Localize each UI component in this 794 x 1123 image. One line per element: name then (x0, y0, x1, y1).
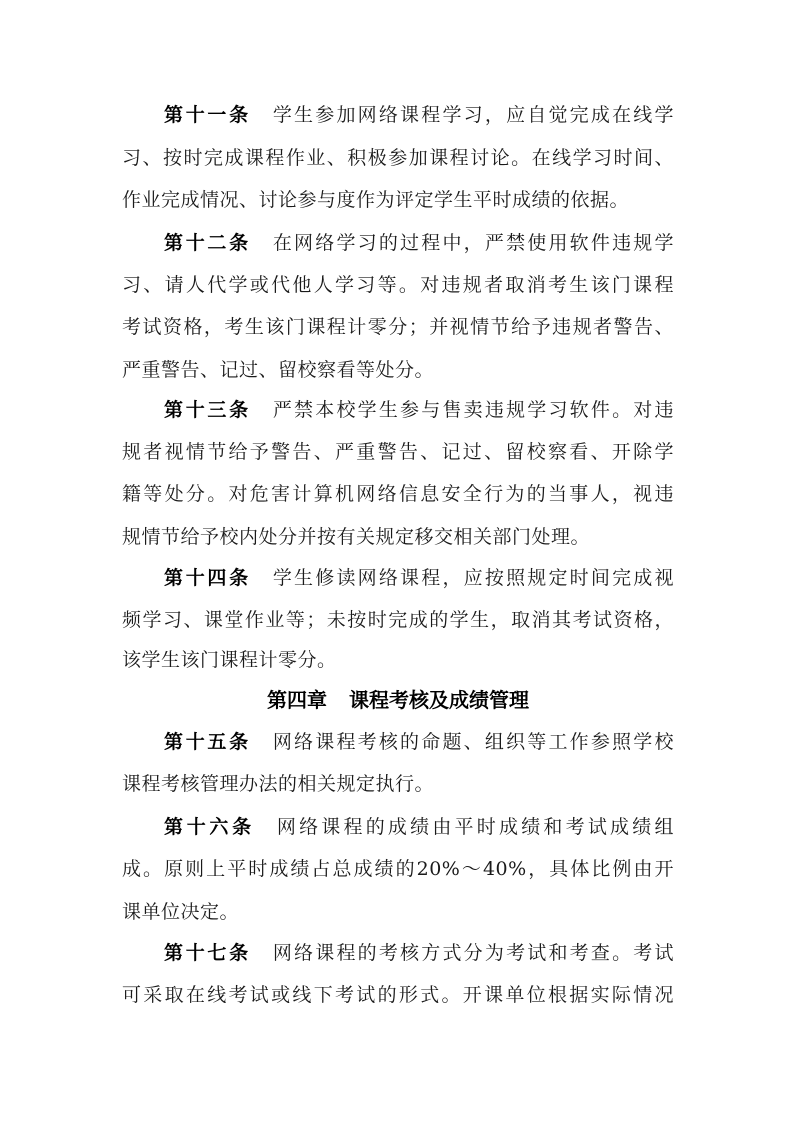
article-13-line-4: 规情节给予校内处分并按有关规定移交相关部门处理。 (122, 522, 674, 552)
article-11-line-2: 习、按时完成课程作业、积极参加课程讨论。在线学习时间、 (122, 143, 674, 173)
article-number: 第十五条 (164, 731, 251, 753)
article-number: 第十七条 (164, 942, 251, 964)
article-number: 第十一条 (164, 104, 251, 126)
article-13-line-2: 规者视情节给予警告、严重警告、记过、留校察看、开除学 (122, 437, 674, 467)
article-13-line-3: 籍等处分。对危害计算机网络信息安全行为的当事人，视违 (122, 479, 674, 509)
article-15-line-1: 第十五条网络课程考核的命题、组织等工作参照学校 (164, 727, 674, 757)
chapter-title: 课程考核及成绩管理 (349, 688, 529, 712)
article-number: 第十六条 (164, 816, 255, 838)
article-14-line-2: 频学习、课堂作业等；未按时完成的学生，取消其考试资格， (122, 605, 674, 635)
article-17-line-2: 可采取在线考试或线下考试的形式。开课单位根据实际情况 (122, 980, 674, 1010)
article-16-line-2: 成。原则上平时成绩占总成绩的20%～40%，具体比例由开 (122, 854, 674, 884)
article-11-line-3: 作业完成情况、讨论参与度作为评定学生平时成绩的依据。 (122, 185, 674, 215)
article-number: 第十三条 (164, 399, 251, 421)
article-text: 学生参加网络课程学习，应自觉完成在线学 (273, 104, 674, 126)
article-text: 严禁本校学生参与售卖违规学习软件。对违 (273, 399, 674, 421)
article-text: 在网络学习的过程中，严禁使用软件违规学 (273, 232, 674, 254)
article-16-line-3: 课单位决定。 (122, 897, 674, 927)
article-13-line-1: 第十三条严禁本校学生参与售卖违规学习软件。对违 (164, 395, 674, 425)
article-16-line-1: 第十六条网络课程的成绩由平时成绩和考试成绩组 (164, 812, 674, 842)
article-12-line-2: 习、请人代学或代他人学习等。对违规者取消考生该门课程 (122, 270, 674, 300)
article-12-line-1: 第十二条在网络学习的过程中，严禁使用软件违规学 (164, 228, 674, 258)
chapter-heading: 第四章课程考核及成绩管理 (122, 685, 674, 715)
chapter-number: 第四章 (267, 688, 327, 712)
article-text: 学生修读网络课程，应按照规定时间完成视 (273, 567, 674, 589)
article-11-line-1: 第十一条学生参加网络课程学习，应自觉完成在线学 (164, 100, 674, 130)
article-14-line-1: 第十四条学生修读网络课程，应按照规定时间完成视 (164, 563, 674, 593)
article-text: 网络课程的考核方式分为考试和考查。考试 (273, 942, 674, 964)
article-number: 第十二条 (164, 232, 251, 254)
article-15-line-2: 课程考核管理办法的相关规定执行。 (122, 769, 674, 799)
article-12-line-4: 严重警告、记过、留校察看等处分。 (122, 355, 674, 385)
document-page: 第十一条学生参加网络课程学习，应自觉完成在线学 习、按时完成课程作业、积极参加课… (0, 0, 794, 1123)
article-text: 网络课程考核的命题、组织等工作参照学校 (273, 731, 674, 753)
article-12-line-3: 考试资格，考生该门课程计零分；并视情节给予违规者警告、 (122, 312, 674, 342)
article-17-line-1: 第十七条网络课程的考核方式分为考试和考查。考试 (164, 938, 674, 968)
article-14-line-3: 该学生该门课程计零分。 (122, 645, 674, 675)
article-text: 网络课程的成绩由平时成绩和考试成绩组 (277, 816, 674, 838)
article-number: 第十四条 (164, 567, 251, 589)
